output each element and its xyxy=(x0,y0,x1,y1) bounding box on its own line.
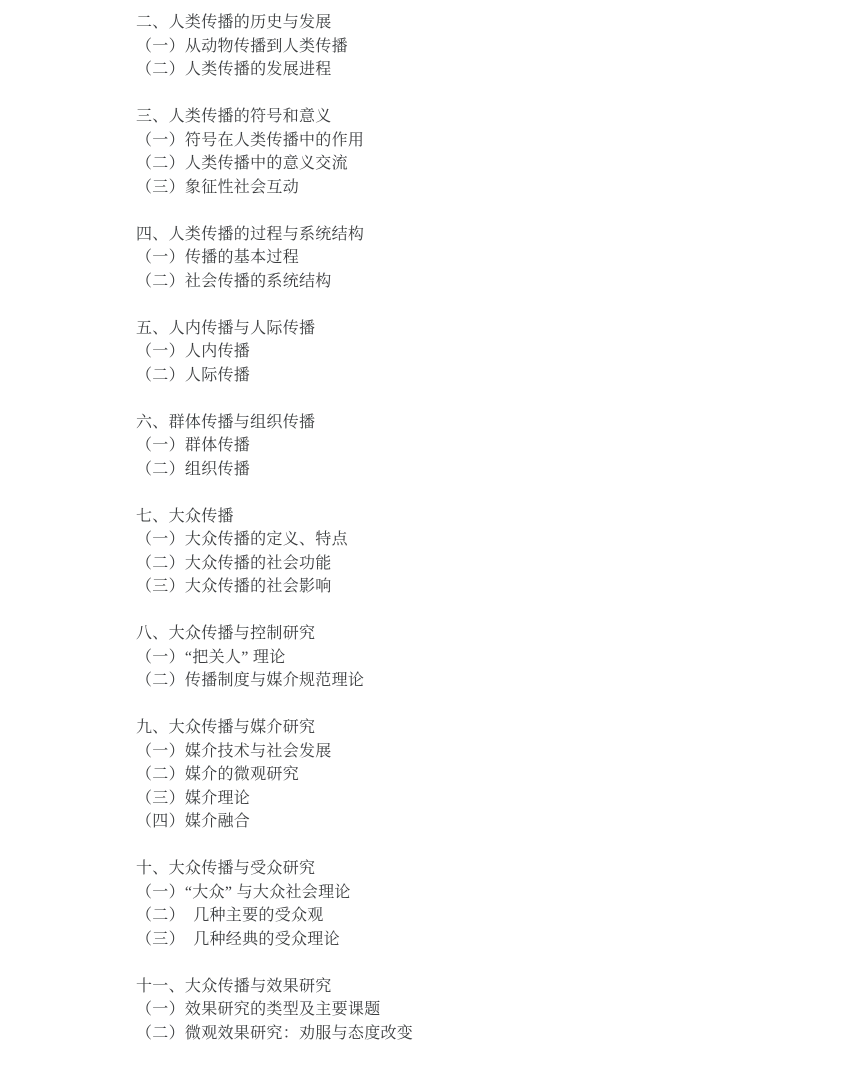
section-heading: 二、人类传播的历史与发展 xyxy=(136,11,791,35)
outline-item: （一）从动物传播到人类传播 xyxy=(136,35,791,59)
outline-item: （一）媒介技术与社会发展 xyxy=(136,740,791,764)
section-heading: 五、人内传播与人际传播 xyxy=(136,317,791,341)
section-heading: 十、大众传播与受众研究 xyxy=(136,857,791,881)
outline-item: （一）传播的基本过程 xyxy=(136,246,791,270)
outline-item: （二）人类传播中的意义交流 xyxy=(136,152,791,176)
outline-section-9: 九、大众传播与媒介研究 （一）媒介技术与社会发展 （二）媒介的微观研究 （三）媒… xyxy=(136,716,791,834)
outline-section-11: 十一、大众传播与效果研究 （一）效果研究的类型及主要课题 （二）微观效果研究：劝… xyxy=(136,975,791,1046)
section-heading: 十一、大众传播与效果研究 xyxy=(136,975,791,999)
outline-item: （三）象征性社会互动 xyxy=(136,176,791,200)
section-heading: 四、人类传播的过程与系统结构 xyxy=(136,223,791,247)
outline-section-2: 二、人类传播的历史与发展 （一）从动物传播到人类传播 （二）人类传播的发展进程 xyxy=(136,11,791,82)
outline-section-5: 五、人内传播与人际传播 （一）人内传播 （二）人际传播 xyxy=(136,317,791,388)
section-heading: 三、人类传播的符号和意义 xyxy=(136,105,791,129)
outline-item: （三）大众传播的社会影响 xyxy=(136,575,791,599)
outline-item: （二）社会传播的系统结构 xyxy=(136,270,791,294)
outline-item: （二）传播制度与媒介规范理论 xyxy=(136,669,791,693)
outline-section-8: 八、大众传播与控制研究 （一）“把关人” 理论 （二）传播制度与媒介规范理论 xyxy=(136,622,791,693)
outline-item: （二）人类传播的发展进程 xyxy=(136,58,791,82)
outline-item: （二） 几种主要的受众观 xyxy=(136,904,791,928)
document-page: 二、人类传播的历史与发展 （一）从动物传播到人类传播 （二）人类传播的发展进程 … xyxy=(0,0,851,1075)
section-heading: 九、大众传播与媒介研究 xyxy=(136,716,791,740)
section-heading: 六、群体传播与组织传播 xyxy=(136,411,791,435)
outline-item: （一）“把关人” 理论 xyxy=(136,646,791,670)
outline-section-7: 七、大众传播 （一）大众传播的定义、特点 （二）大众传播的社会功能 （三）大众传… xyxy=(136,505,791,599)
outline-item: （一）符号在人类传播中的作用 xyxy=(136,129,791,153)
section-heading: 七、大众传播 xyxy=(136,505,791,529)
outline-item: （二）大众传播的社会功能 xyxy=(136,552,791,576)
outline-item: （三） 几种经典的受众理论 xyxy=(136,928,791,952)
outline-item: （一）效果研究的类型及主要课题 xyxy=(136,998,791,1022)
outline-item: （一）人内传播 xyxy=(136,340,791,364)
section-heading: 八、大众传播与控制研究 xyxy=(136,622,791,646)
outline-section-3: 三、人类传播的符号和意义 （一）符号在人类传播中的作用 （二）人类传播中的意义交… xyxy=(136,105,791,199)
outline-item: （三）媒介理论 xyxy=(136,787,791,811)
outline-item: （一）大众传播的定义、特点 xyxy=(136,528,791,552)
outline-item: （二）媒介的微观研究 xyxy=(136,763,791,787)
outline-item: （二）组织传播 xyxy=(136,458,791,482)
outline-item: （一）“大众” 与大众社会理论 xyxy=(136,881,791,905)
outline-item: （一）群体传播 xyxy=(136,434,791,458)
outline-section-4: 四、人类传播的过程与系统结构 （一）传播的基本过程 （二）社会传播的系统结构 xyxy=(136,223,791,294)
outline-item: （二）人际传播 xyxy=(136,364,791,388)
outline-item: （二）微观效果研究：劝服与态度改变 xyxy=(136,1022,791,1046)
outline-section-10: 十、大众传播与受众研究 （一）“大众” 与大众社会理论 （二） 几种主要的受众观… xyxy=(136,857,791,951)
outline-item: （四）媒介融合 xyxy=(136,810,791,834)
outline-section-6: 六、群体传播与组织传播 （一）群体传播 （二）组织传播 xyxy=(136,411,791,482)
